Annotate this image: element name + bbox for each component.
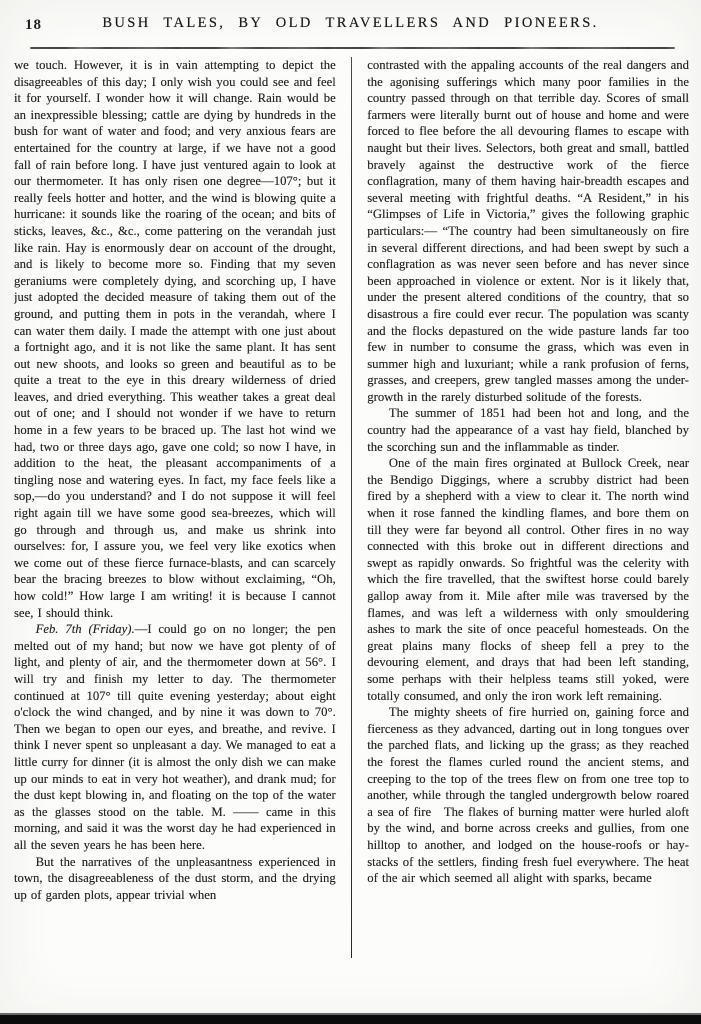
page-number: 18 xyxy=(25,17,42,34)
paragraph: One of the main fires orginated at Bullo… xyxy=(367,455,689,704)
diary-date-lead: Feb. 7th (Friday). xyxy=(36,622,135,636)
left-column: we touch. However, it is in vain attempt… xyxy=(14,57,336,958)
paragraph: The mighty sheets of fire hurried on, ga… xyxy=(367,704,689,887)
paragraph: The summer of 1851 had been hot and long… xyxy=(367,405,689,455)
right-column: contrasted with the appaling accounts of… xyxy=(367,57,689,958)
paragraph: contrasted with the appaling accounts of… xyxy=(367,57,689,405)
scan-edge-bar xyxy=(0,1013,701,1024)
page-header: 18 BUSH TALES, BY OLD TRAVELLERS AND PIO… xyxy=(0,15,701,37)
paragraph: Feb. 7th (Friday).—I could go on no long… xyxy=(14,621,336,853)
running-title: BUSH TALES, BY OLD TRAVELLERS AND PIONEE… xyxy=(0,15,701,32)
header-rule xyxy=(30,47,675,49)
text-columns: we touch. However, it is in vain attempt… xyxy=(14,57,689,958)
paragraph: we touch. However, it is in vain attempt… xyxy=(14,57,336,621)
paragraph: But the narratives of the unpleasantness… xyxy=(14,854,336,904)
book-page: 18 BUSH TALES, BY OLD TRAVELLERS AND PIO… xyxy=(0,0,701,1024)
column-divider xyxy=(351,57,353,958)
